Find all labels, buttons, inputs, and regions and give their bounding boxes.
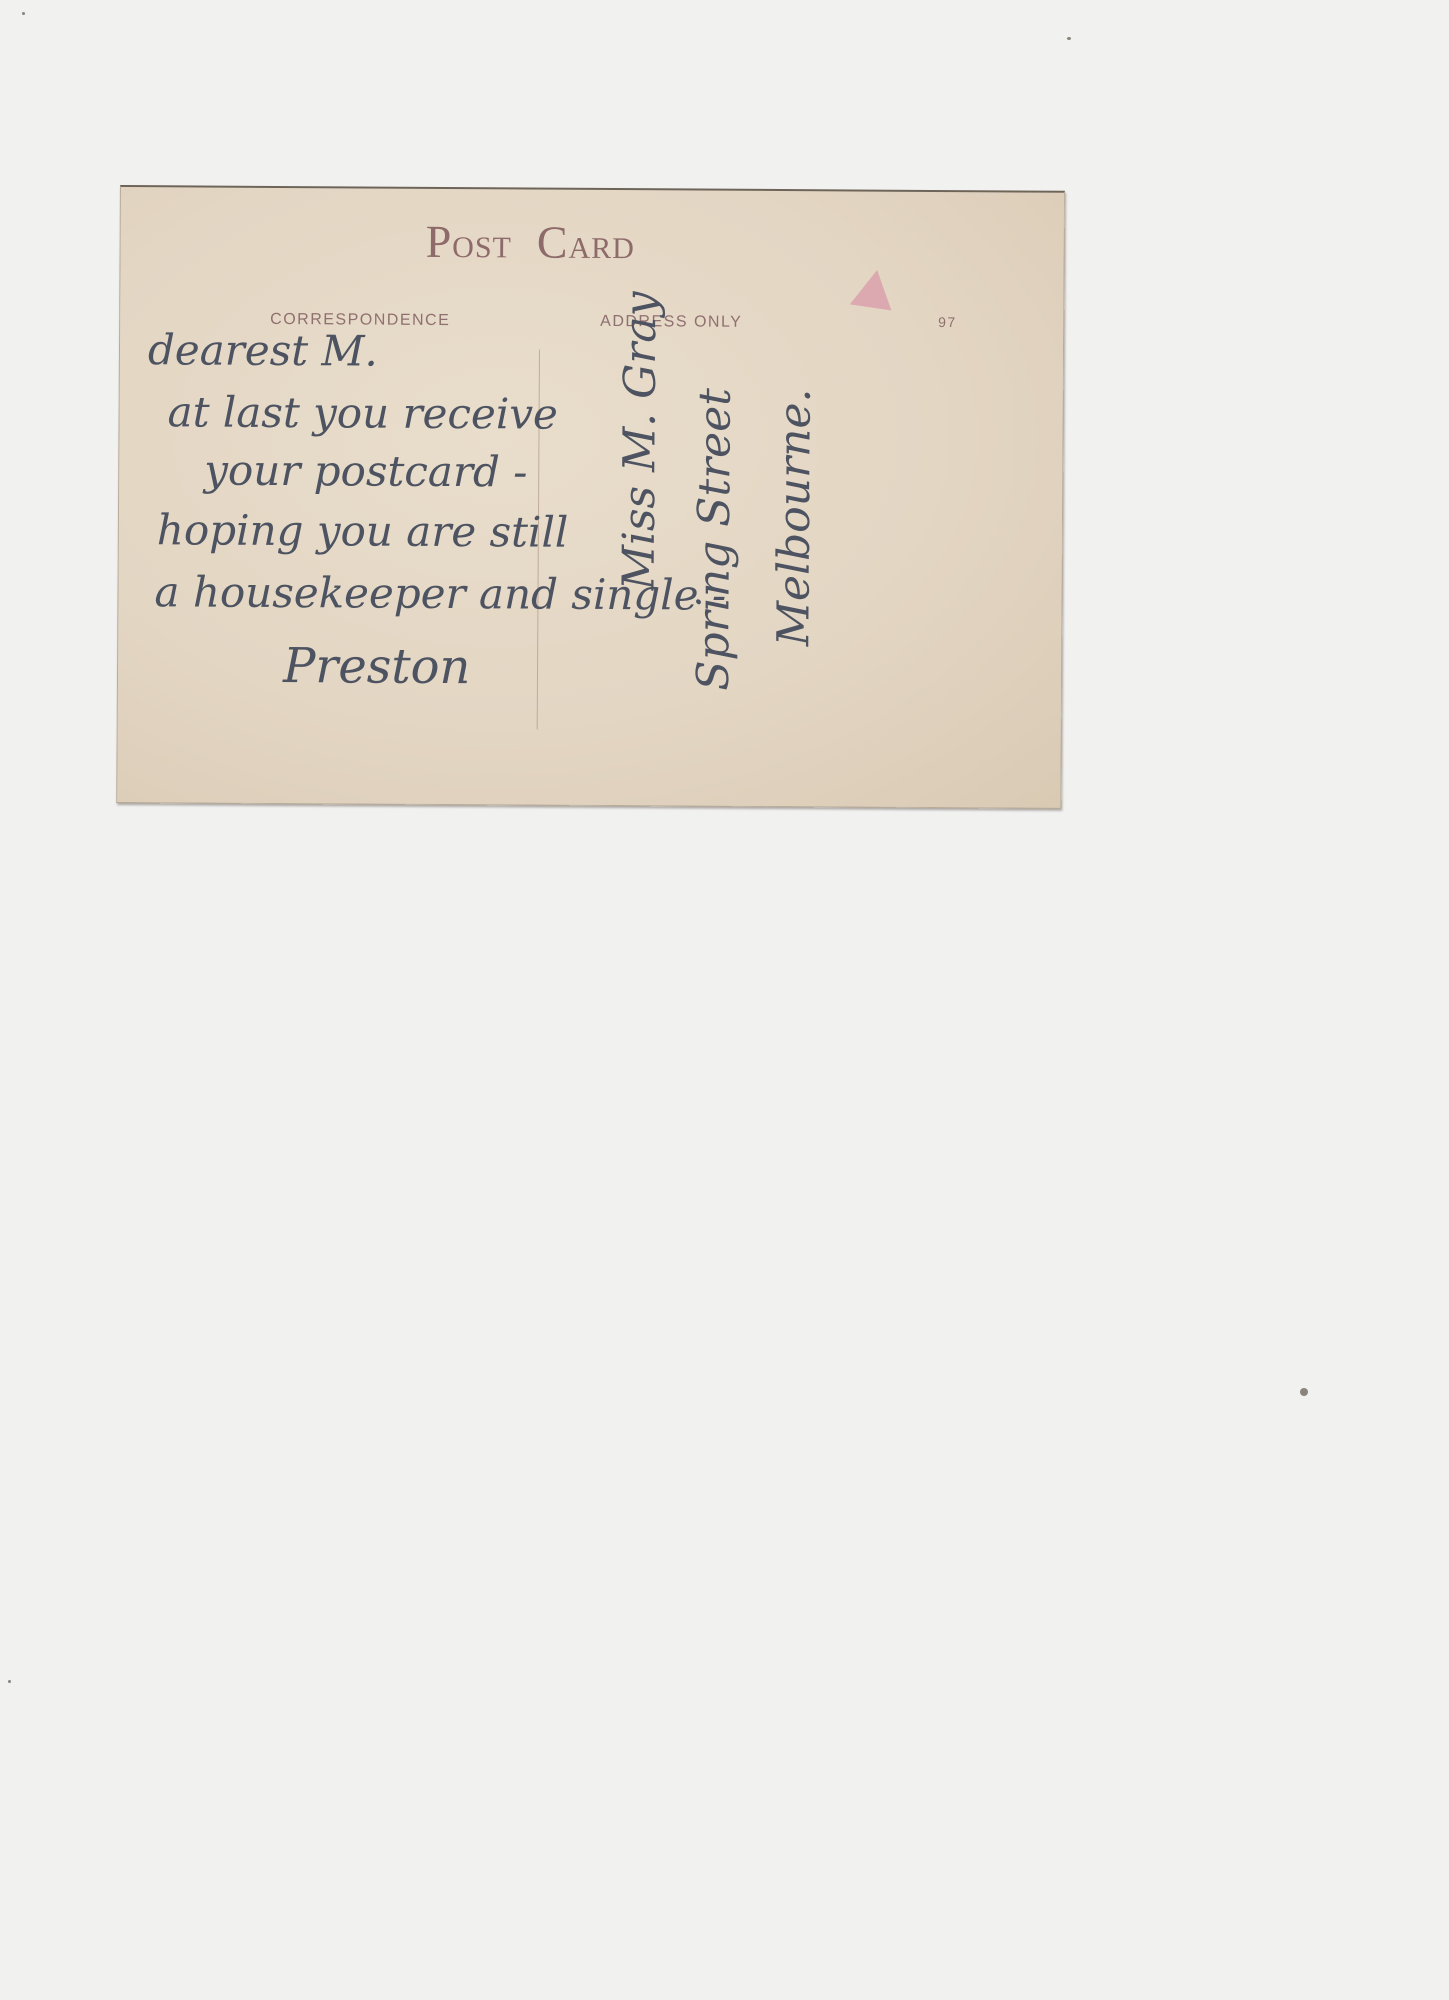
dust-speck — [22, 12, 25, 15]
title-initial-c: C — [537, 217, 569, 268]
postcard-title: POST CARD — [425, 215, 635, 269]
dust-speck — [8, 1680, 11, 1683]
postcard: POST CARD CORRESPONDENCE ADDRESS ONLY 97… — [116, 185, 1065, 809]
message-line: dearest M. — [148, 325, 378, 375]
message-line: at last you receive — [167, 387, 558, 438]
address-recipient: Miss M. Gray — [614, 291, 667, 590]
dust-speck — [1300, 1388, 1308, 1396]
dust-speck — [1067, 37, 1071, 40]
title-rest-ost: OST — [452, 231, 511, 264]
address-street: Spring Street — [688, 388, 741, 691]
stamp-residue-mark — [850, 267, 897, 311]
message-line: your postcard - — [204, 446, 527, 497]
card-number: 97 — [938, 314, 957, 330]
address-city: Melbourne. — [768, 388, 821, 646]
title-rest-ard: ARD — [568, 232, 635, 265]
signature: Preston — [283, 638, 471, 695]
title-initial-p: P — [426, 216, 453, 267]
message-line: hoping you are still — [157, 505, 569, 557]
